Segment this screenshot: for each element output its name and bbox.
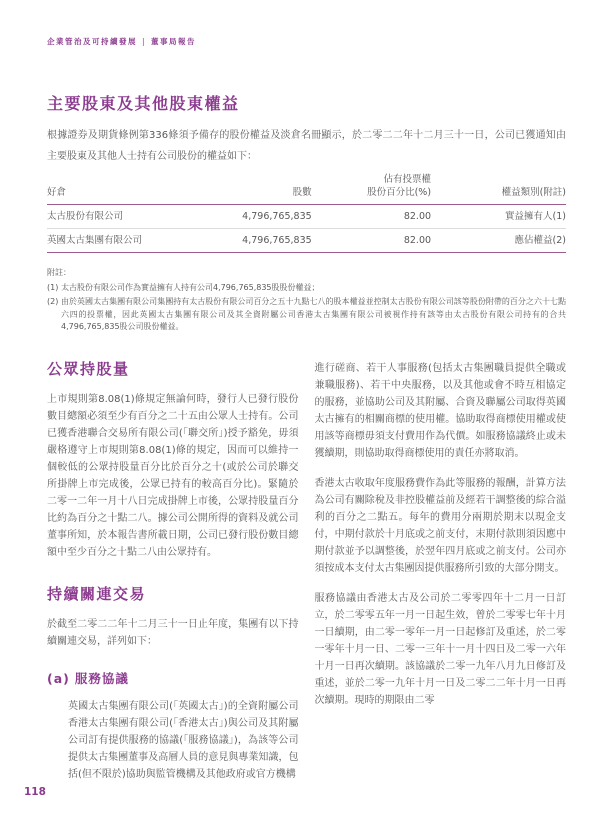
right-column: 進行磋商、若干人事服務(包括太古集團職員提供全職或兼職服務)、若干中央服務，以及…	[315, 360, 567, 796]
service-fee-paragraph: 香港太古收取年度服務費作為此等服務的報酬，計算方法為公司有關除稅及非控股權益前及…	[315, 475, 567, 577]
page-title: 主要股東及其他股東權益	[47, 94, 566, 114]
col-header-voting-pct: 佔有投票權 股份百分比(%)	[312, 173, 431, 205]
col-header-long-position: 好倉	[47, 173, 213, 205]
shareholder-name: 英國太古集團有限公司	[47, 229, 213, 253]
shareholder-interest-type: 實益擁有人(1)	[431, 205, 566, 229]
page-content: 企業管治及可持續發展|董事局報告 主要股東及其他股東權益 根據證券及期貨條例第3…	[47, 0, 566, 796]
shareholder-interest-type: 應佔權益(2)	[431, 229, 566, 253]
table-header: 好倉 股數 佔有投票權 股份百分比(%) 權益類別(附註)	[47, 173, 566, 205]
agreement-history-paragraph: 服務協議由香港太古及公司於二零零四年十二月一日訂立，於二零零五年一月一日起生效，…	[315, 590, 567, 709]
shareholders-table: 好倉 股數 佔有投票權 股份百分比(%) 權益類別(附註) 太古股份有限公司 4…	[47, 173, 566, 253]
shareholder-shares: 4,796,765,835	[213, 229, 312, 253]
subsection-label: 服務協議	[75, 671, 129, 686]
subsection-letter: (a)	[47, 671, 70, 686]
services-agreement-paragraph: 英國太古集團有限公司(「英國太古」)的全資附屬公司香港太古集團有限公司(「香港太…	[47, 698, 299, 783]
col-header-voting-pct-line2: 股份百分比(%)	[312, 186, 431, 199]
note-number: (1)	[47, 282, 61, 295]
shareholder-name: 太古股份有限公司	[47, 205, 213, 229]
section-title-continuing-connected-transactions: 持續關連交易	[47, 585, 299, 604]
running-header: 企業管治及可持續發展|董事局報告	[47, 0, 566, 47]
col-header-shares: 股數	[213, 173, 312, 205]
table-row: 太古股份有限公司 4,796,765,835 82.00 實益擁有人(1)	[47, 205, 566, 229]
page-number: 118	[24, 786, 46, 798]
section-title-public-float: 公眾持股量	[47, 360, 299, 379]
left-column: 公眾持股量 上市規則第8.08(1)條規定無論何時，發行人已發行股份數目總額必須…	[47, 360, 299, 796]
report-page: 企業管治及可持續發展|董事局報告 主要股東及其他股東權益 根據證券及期貨條例第3…	[0, 0, 600, 814]
cct-intro-paragraph: 於截至二零二二年十二月三十一日止年度，集團有以下持續關連交易，詳列如下：	[47, 616, 299, 650]
note-item: (1) 太古股份有限公司作為實益擁有人持有公司4,796,765,835股股份權…	[47, 282, 566, 295]
col-header-interest-type: 權益類別(附註)	[431, 173, 566, 205]
col-header-voting-pct-line1: 佔有投票權	[312, 173, 431, 186]
table-row: 英國太古集團有限公司 4,796,765,835 82.00 應佔權益(2)	[47, 229, 566, 253]
running-header-subsection: 董事局報告	[151, 37, 196, 46]
shareholder-shares: 4,796,765,835	[213, 205, 312, 229]
subsection-title-services-agreement: (a)服務協議	[47, 671, 299, 687]
running-header-separator: |	[142, 37, 146, 46]
public-float-paragraph: 上市規則第8.08(1)條規定無論何時，發行人已發行股份數目總額必須至少有百分之…	[47, 391, 299, 561]
table-notes: 附註： (1) 太古股份有限公司作為實益擁有人持有公司4,796,765,835…	[47, 267, 566, 334]
note-text: 太古股份有限公司作為實益擁有人持有公司4,796,765,835股股份權益；	[61, 282, 566, 295]
notes-label: 附註：	[47, 267, 566, 280]
note-item: (2) 由於英國太古集團有限公司集團持有太古股份有限公司百分之五十九點七八的股本…	[47, 296, 566, 334]
note-text: 由於英國太古集團有限公司集團持有太古股份有限公司百分之五十九點七八的股本權益並控…	[61, 296, 566, 334]
intro-paragraph: 根據證券及期貨條例第336條須予備存的股份權益及淡倉名冊顯示，於二零二二年十二月…	[47, 125, 566, 167]
note-number: (2)	[47, 296, 61, 334]
shareholder-pct: 82.00	[312, 229, 431, 253]
services-continuation-paragraph: 進行磋商、若干人事服務(包括太古集團職員提供全職或兼職服務)、若干中央服務，以及…	[315, 360, 567, 462]
running-header-section: 企業管治及可持續發展	[47, 37, 137, 46]
two-column-body: 公眾持股量 上市規則第8.08(1)條規定無論何時，發行人已發行股份數目總額必須…	[47, 360, 566, 796]
shareholder-pct: 82.00	[312, 205, 431, 229]
